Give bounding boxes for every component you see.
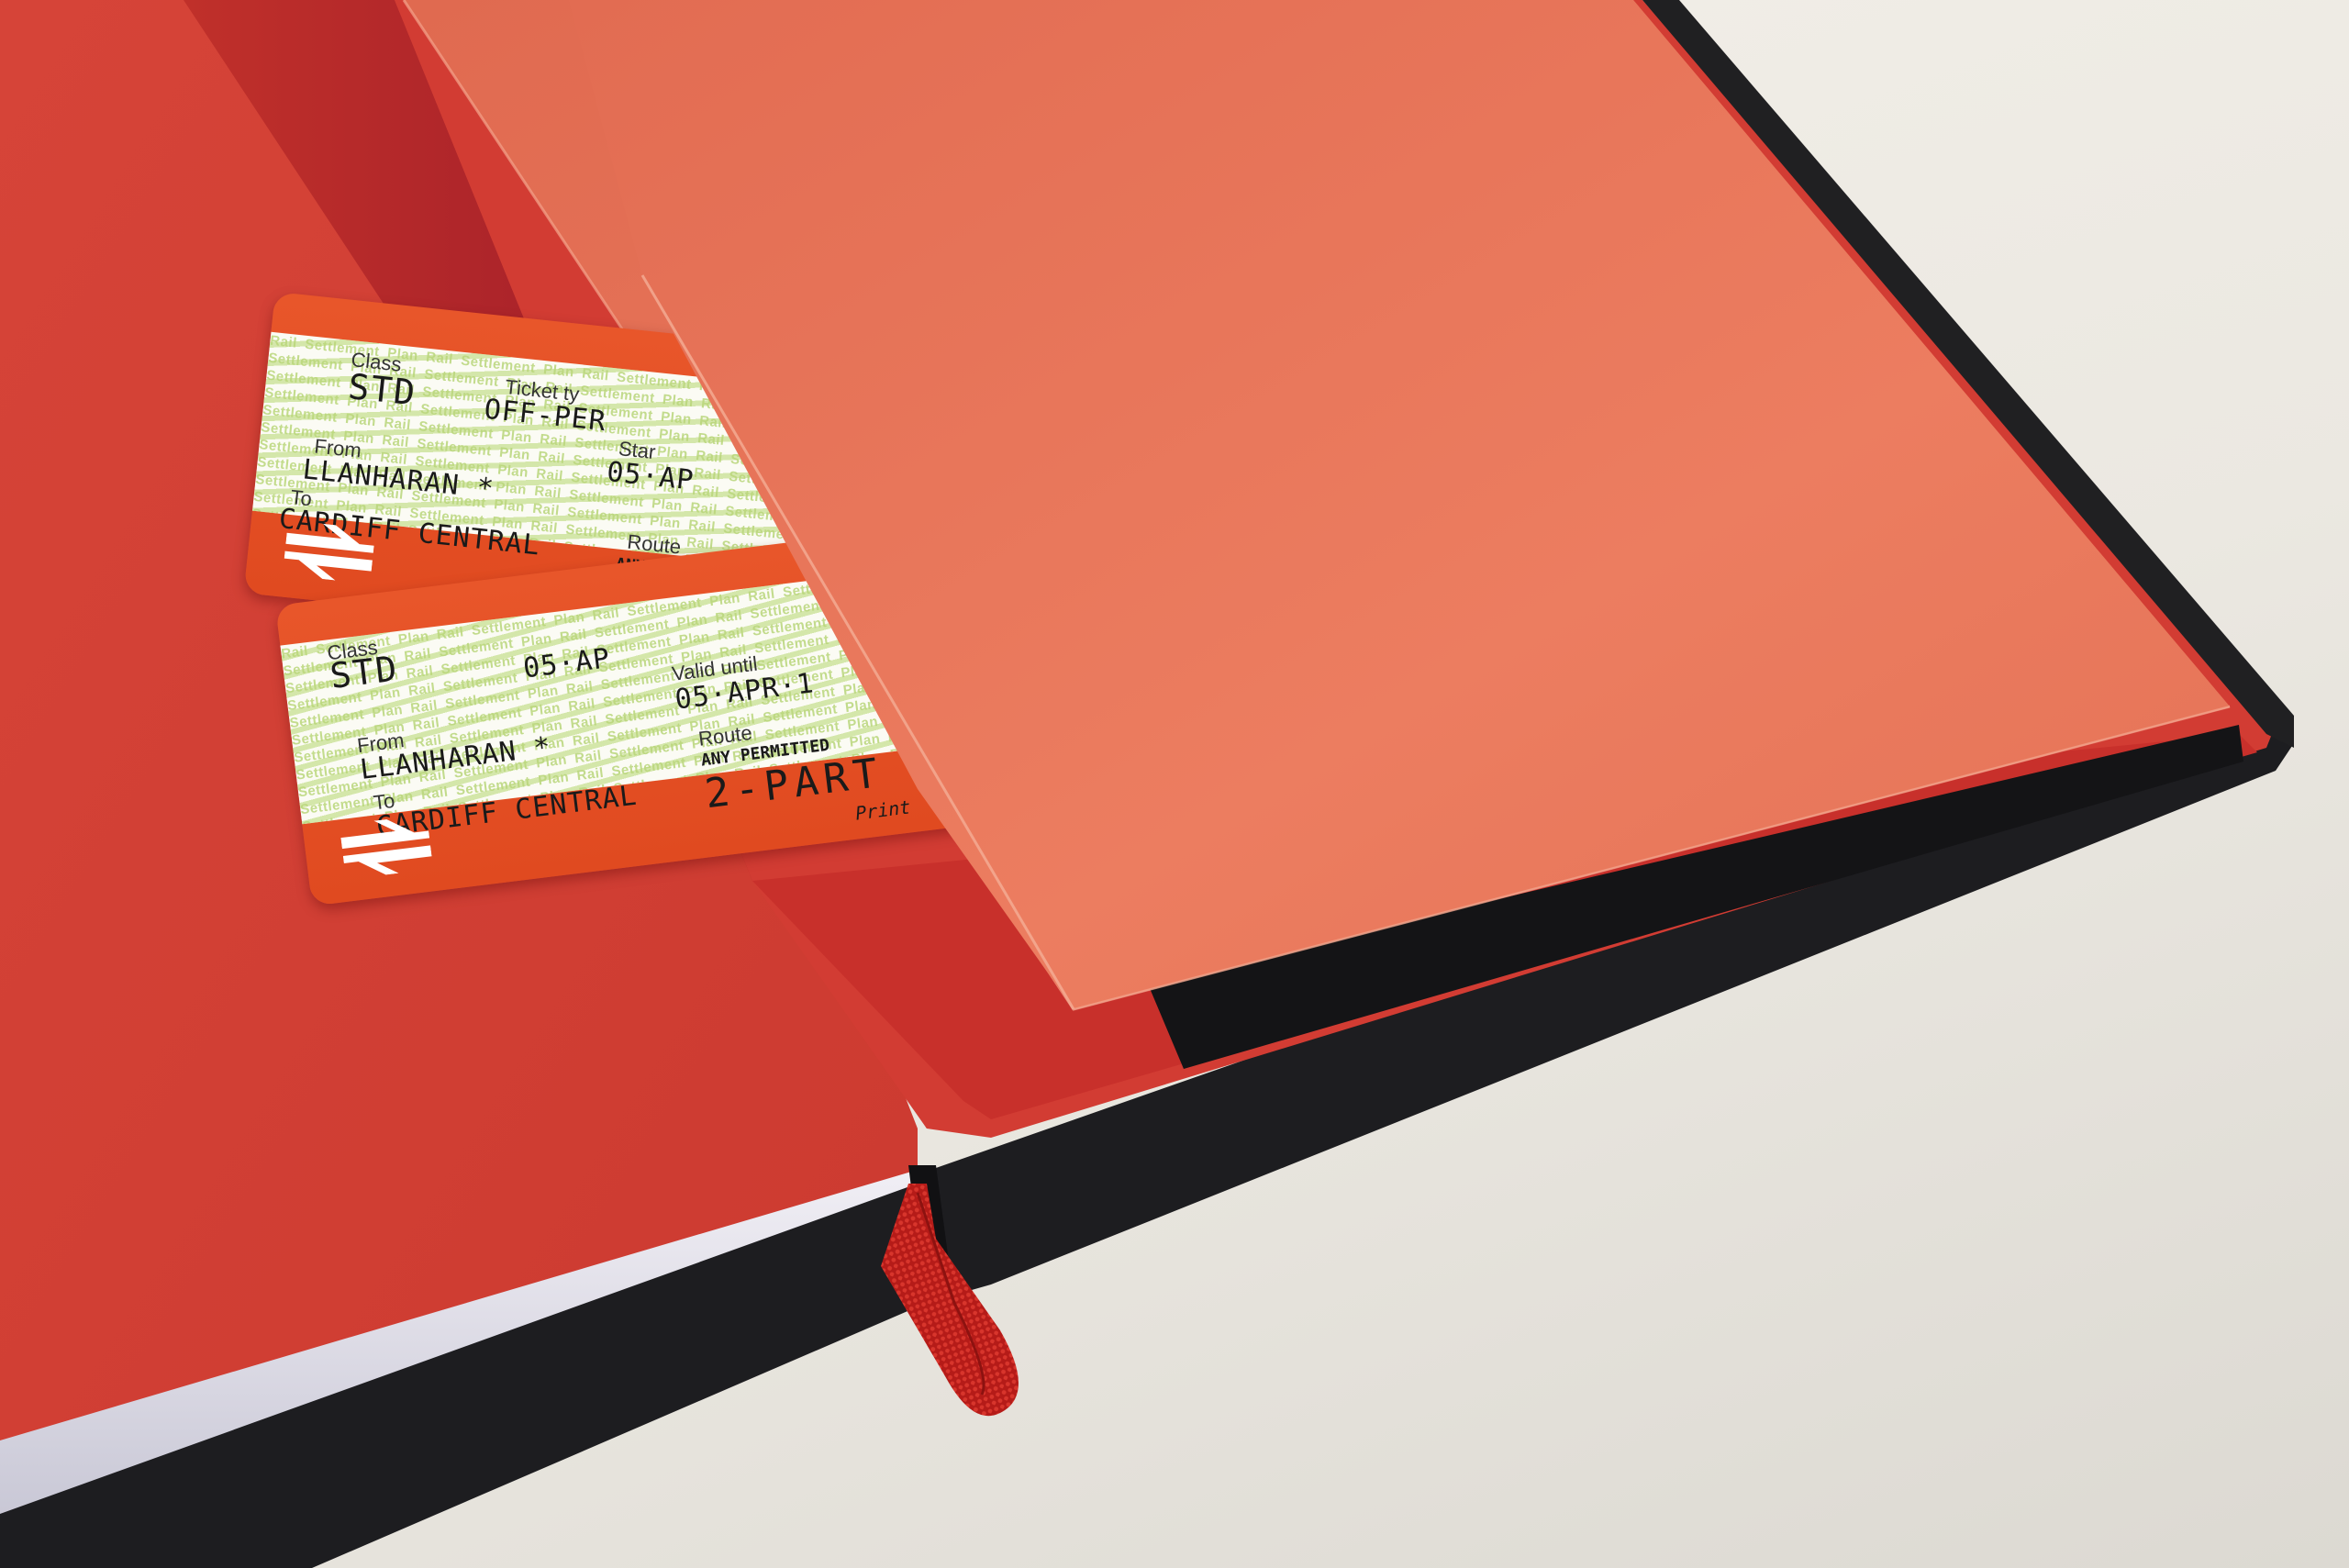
ribbon-bookmark [0, 0, 2349, 1568]
notebook-photo: Rail Settlement Plan Rail Settlement Pla… [0, 0, 2349, 1568]
